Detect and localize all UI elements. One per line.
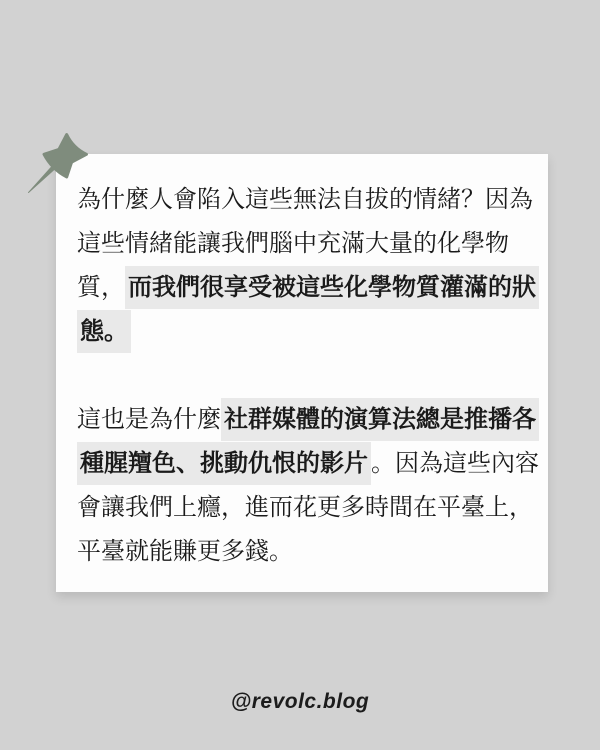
- text-segment: 這也是為什麼: [77, 406, 221, 433]
- card-text: 為什麼人會陷入這些無法自拔的情緒？因為這些情緒能讓我們腦中充滿大量的化學物質，而…: [77, 178, 534, 574]
- text-line: 平臺就能賺更多錢。: [77, 530, 534, 574]
- paragraph: 這也是為什麼社群媒體的演算法總是推播各種腥羶色、挑動仇恨的影片。因為這些內容會讓…: [77, 398, 534, 574]
- text-line: 這也是為什麼社群媒體的演算法總是推播各: [77, 398, 534, 442]
- text-line: 為什麼人會陷入這些無法自拔的情緒？因為: [77, 178, 534, 222]
- highlighted-text-segment: 而我們很享受被這些化學物質灌滿的狀: [125, 266, 539, 309]
- text-line: 質，而我們很享受被這些化學物質灌滿的狀: [77, 266, 534, 310]
- account-handle: @revolc.blog: [0, 690, 600, 714]
- text-segment: 為什麼人會陷入這些無法自拔的情緒？因為: [77, 186, 533, 213]
- text-line: 會讓我們上癮，進而花更多時間在平臺上，: [77, 486, 534, 530]
- text-line: 這些情緒能讓我們腦中充滿大量的化學物: [77, 222, 534, 266]
- highlighted-text-segment: 種腥羶色、挑動仇恨的影片: [77, 442, 371, 485]
- text-line: 種腥羶色、挑動仇恨的影片。因為這些內容: [77, 442, 534, 486]
- text-segment: 平臺就能賺更多錢。: [77, 538, 293, 565]
- paragraph: 為什麼人會陷入這些無法自拔的情緒？因為這些情緒能讓我們腦中充滿大量的化學物質，而…: [77, 178, 534, 354]
- highlighted-text-segment: 社群媒體的演算法總是推播各: [221, 398, 539, 441]
- text-segment: 會讓我們上癮，進而花更多時間在平臺上，: [77, 494, 533, 521]
- pushpin-icon: [22, 128, 92, 198]
- text-segment: 這些情緒能讓我們腦中充滿大量的化學物: [77, 230, 509, 257]
- highlighted-text-segment: 態。: [77, 310, 131, 353]
- text-segment: 。因為這些內容: [371, 450, 539, 477]
- quote-card: 為什麼人會陷入這些無法自拔的情緒？因為這些情緒能讓我們腦中充滿大量的化學物質，而…: [56, 154, 548, 592]
- background: 為什麼人會陷入這些無法自拔的情緒？因為這些情緒能讓我們腦中充滿大量的化學物質，而…: [0, 0, 600, 750]
- text-segment: 質，: [77, 274, 125, 301]
- text-line: 態。: [77, 310, 534, 354]
